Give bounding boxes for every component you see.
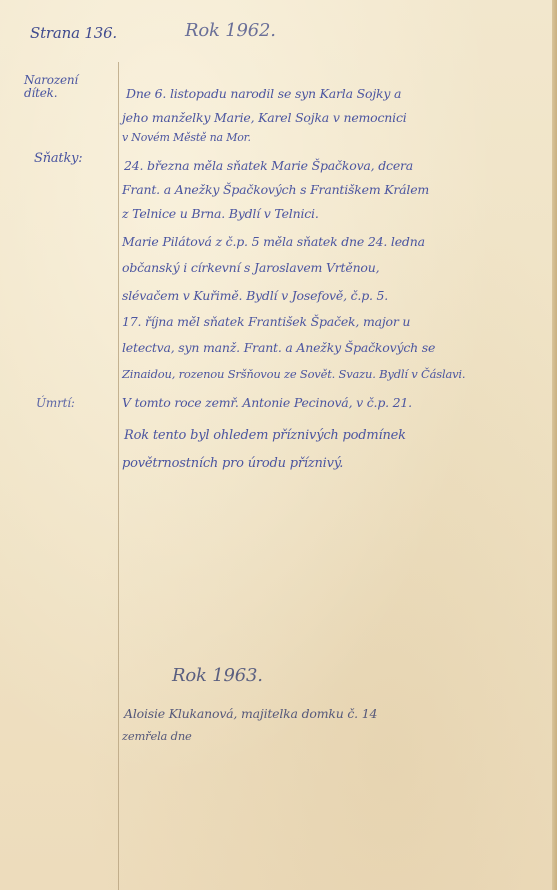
entry-line: Zinaidou, rozenou Sršňovou ze Sovět. Sva… — [122, 366, 465, 382]
entry-line: slévačem v Kuřimě. Bydlí v Josefově, č.p… — [122, 288, 388, 304]
entry-line: z Telnice u Brna. Bydlí v Telnici. — [122, 206, 319, 222]
section-label-births: Narození dítek. — [24, 74, 104, 100]
section-label-deaths: Úmrtí: — [36, 397, 75, 410]
entry-line: Dne 6. listopadu narodil se syn Karla So… — [126, 86, 401, 102]
entry-line: občanský i církevní s Jaroslavem Vrtěnou… — [122, 260, 379, 276]
year-heading: Rok 1962. — [185, 20, 276, 41]
section-label-marriages: Sňatky: — [34, 152, 82, 165]
entry-line: 24. března měla sňatek Marie Špačkova, d… — [124, 158, 413, 174]
entry-line: jeho manželky Marie, Karel Sojka v nemoc… — [122, 110, 407, 126]
entry-line: letectva, syn manž. Frant. a Anežky Špač… — [122, 340, 435, 356]
entry-line: V tomto roce zemř. Antonie Pecinová, v č… — [122, 395, 412, 411]
entry-line-1963: Aloisie Klukanová, majitelka domku č. 14 — [124, 706, 377, 722]
summary-line: povětrnostních pro úrodu příznivý. — [122, 456, 343, 472]
page-edge-shadow — [552, 0, 557, 890]
margin-rule — [118, 62, 119, 890]
entry-line: Marie Pilátová z č.p. 5 měla sňatek dne … — [122, 234, 425, 250]
page-number: Strana 136. — [30, 24, 117, 42]
summary-line: Rok tento byl ohledem příznivých podmíne… — [124, 428, 406, 444]
entry-line-1963: zemřela dne — [122, 728, 192, 744]
entry-line: Frant. a Anežky Špačkových s Františkem … — [122, 182, 429, 198]
entry-line: 17. října měl sňatek František Špaček, m… — [122, 314, 410, 330]
chronicle-page: Strana 136. Rok 1962. Narození dítek. Dn… — [0, 0, 557, 890]
entry-line: v Novém Městě na Mor. — [122, 130, 251, 146]
year-heading-1963: Rok 1963. — [172, 665, 263, 686]
